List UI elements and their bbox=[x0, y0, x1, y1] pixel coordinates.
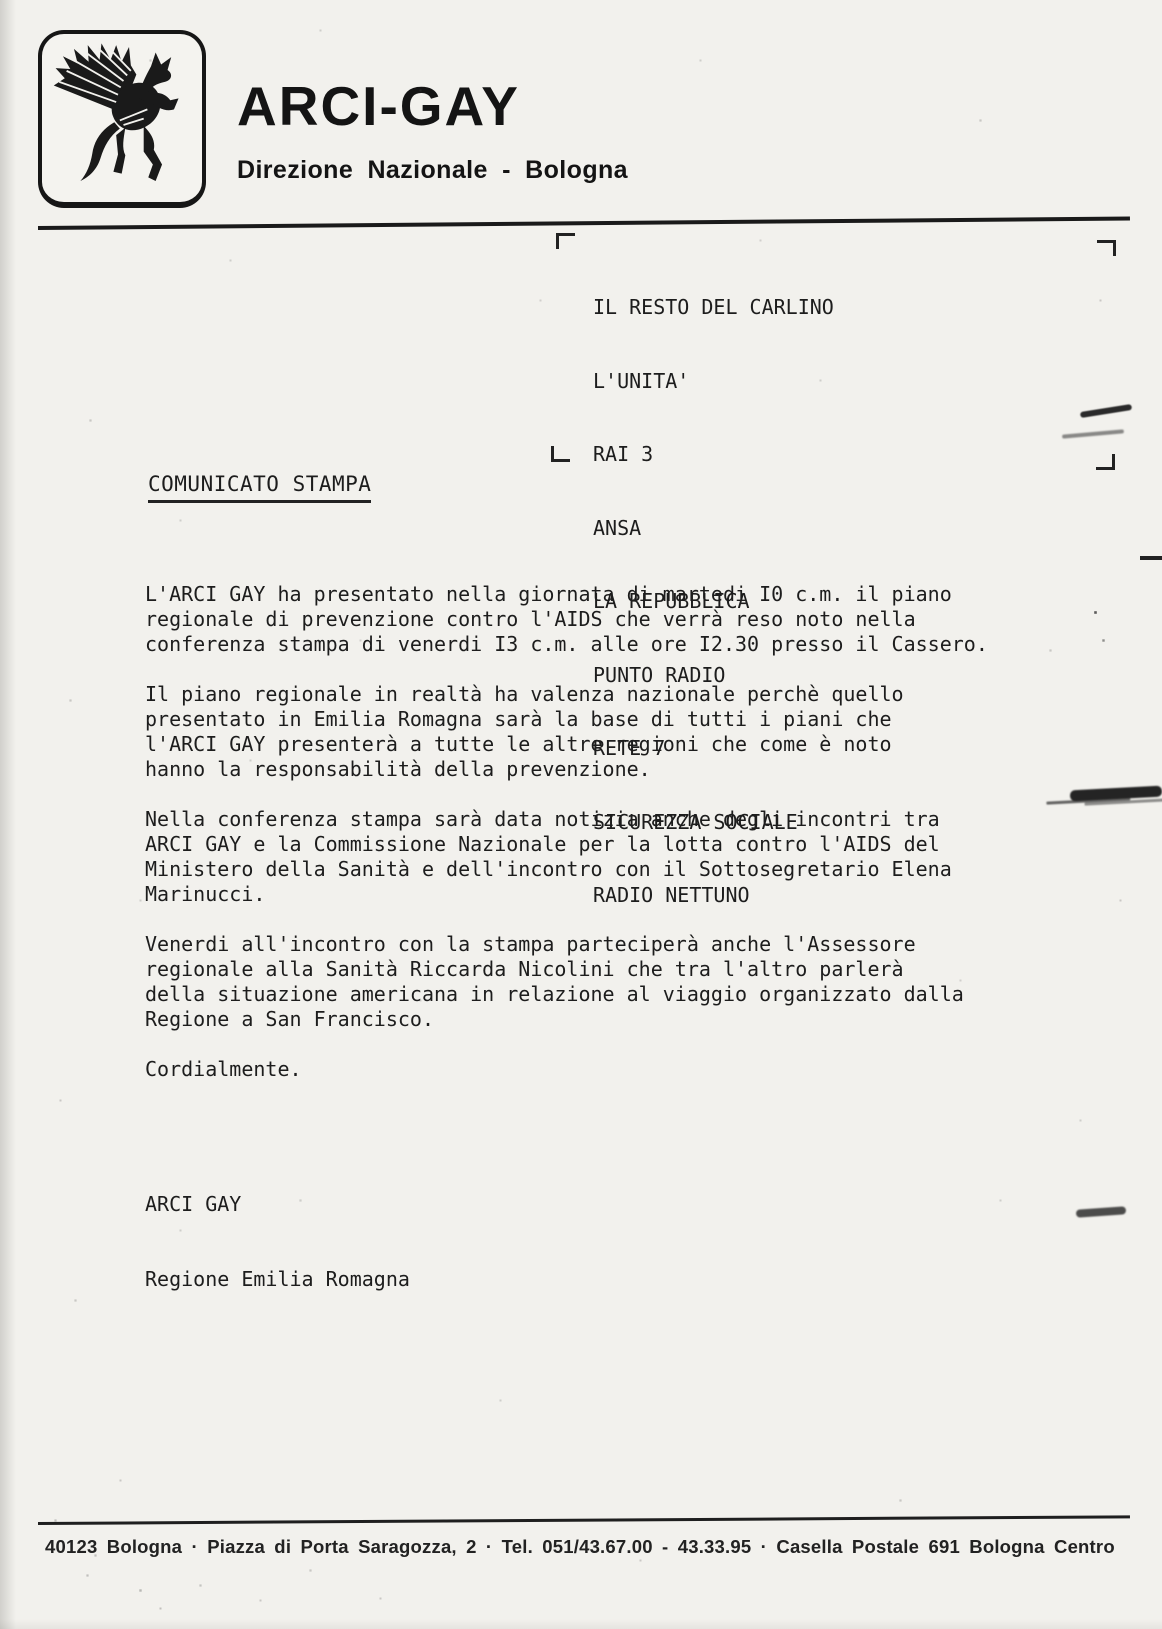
scan-artifact-scribble bbox=[1080, 404, 1132, 418]
paragraph: Venerdi all'incontro con la stampa parte… bbox=[145, 932, 1035, 1032]
crop-mark-bottom-left bbox=[551, 446, 570, 462]
paragraph: Il piano regionale in realtà ha valenza … bbox=[145, 682, 1035, 782]
recipient-line: L'UNITA' bbox=[593, 369, 834, 394]
crop-mark-top-left bbox=[556, 233, 575, 249]
crop-mark-bottom-right bbox=[1096, 454, 1115, 470]
press-release-title: COMUNICATO STAMPA bbox=[148, 472, 371, 503]
scan-artifact-scribble bbox=[1070, 786, 1162, 802]
letter-body: L'ARCI GAY ha presentato nella giornata … bbox=[145, 582, 1035, 1107]
footer-address: 40123 Bologna · Piazza di Porta Saragozz… bbox=[45, 1536, 1140, 1558]
scanned-press-release-page: ARCI-GAY Direzione Nazionale - Bologna I… bbox=[0, 0, 1162, 1629]
org-name: ARCI-GAY bbox=[237, 74, 520, 138]
paragraph: L'ARCI GAY ha presentato nella giornata … bbox=[145, 582, 1035, 657]
scan-artifact-scribble bbox=[1062, 429, 1124, 438]
paragraph: Nella conferenza stampa sarà data notizi… bbox=[145, 807, 1035, 907]
crop-mark-top-right bbox=[1097, 240, 1116, 256]
scan-edge-shadow bbox=[0, 0, 16, 1629]
recipient-line: RAI 3 bbox=[593, 442, 834, 467]
scan-edge-shadow bbox=[0, 1619, 1162, 1629]
scan-artifact-scribble bbox=[1076, 1206, 1126, 1217]
closing-salutation: Cordialmente. bbox=[145, 1057, 1035, 1082]
letterhead-divider-rule bbox=[38, 216, 1130, 230]
scan-artifact-dash bbox=[1140, 556, 1162, 560]
signature-block: ARCI GAY Regione Emilia Romagna bbox=[145, 1142, 410, 1342]
signature-org: ARCI GAY bbox=[145, 1192, 410, 1217]
recipient-line: IL RESTO DEL CARLINO bbox=[593, 295, 834, 320]
org-logo-box bbox=[38, 30, 206, 208]
signature-region: Regione Emilia Romagna bbox=[145, 1267, 410, 1292]
scan-noise bbox=[0, 0, 1, 1]
footer-divider-rule bbox=[38, 1515, 1130, 1525]
org-subtitle: Direzione Nazionale - Bologna bbox=[237, 156, 628, 185]
recipient-line: ANSA bbox=[593, 516, 834, 541]
